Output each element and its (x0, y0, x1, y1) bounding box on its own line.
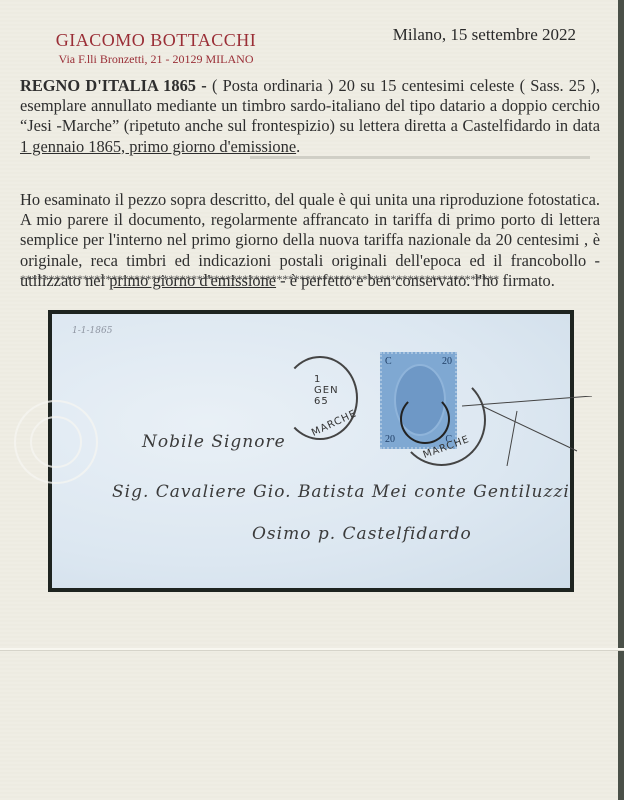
company-name: GIACOMO BOTTACCHI (0, 30, 312, 51)
address-line-2: Sig. Cavaliere Gio. Batista Mei conte Ge… (112, 482, 570, 502)
embossed-seal (14, 400, 98, 484)
company-address: Via F.lli Bronzetti, 21 - 20129 MILANO (0, 52, 312, 67)
stamp-corner: C (385, 356, 392, 367)
address-line-3: Osimo p. Castelfidardo (252, 524, 472, 544)
pen-strokes (462, 396, 602, 466)
certificate-page: GIACOMO BOTTACCHI Via F.lli Bronzetti, 2… (0, 0, 624, 800)
divider (250, 156, 590, 159)
stamp-corner: 20 (385, 434, 395, 445)
fold-line (0, 648, 624, 651)
star-rule: ****************************************… (20, 272, 600, 287)
dateline: Milano, 15 settembre 2022 (393, 25, 576, 45)
description-paragraph: REGNO D'ITALIA 1865 - ( Posta ordinaria … (20, 76, 600, 157)
description-date: 1 gennaio 1865, primo giorno d'emissione (20, 137, 296, 156)
stamp-corner: 20 (442, 356, 452, 367)
postmark-left-date: 1 GEN 65 (314, 374, 328, 407)
description-title: REGNO D'ITALIA 1865 - (20, 76, 207, 95)
letter-photo: 1-1-1865 1 GEN 65 MARCHE C 20 20 C MARCH… (48, 310, 574, 592)
page-edge (618, 0, 624, 800)
address-line-1: Nobile Signore (142, 432, 286, 452)
description-end: . (296, 137, 300, 156)
pencil-note: 1-1-1865 (72, 326, 112, 336)
